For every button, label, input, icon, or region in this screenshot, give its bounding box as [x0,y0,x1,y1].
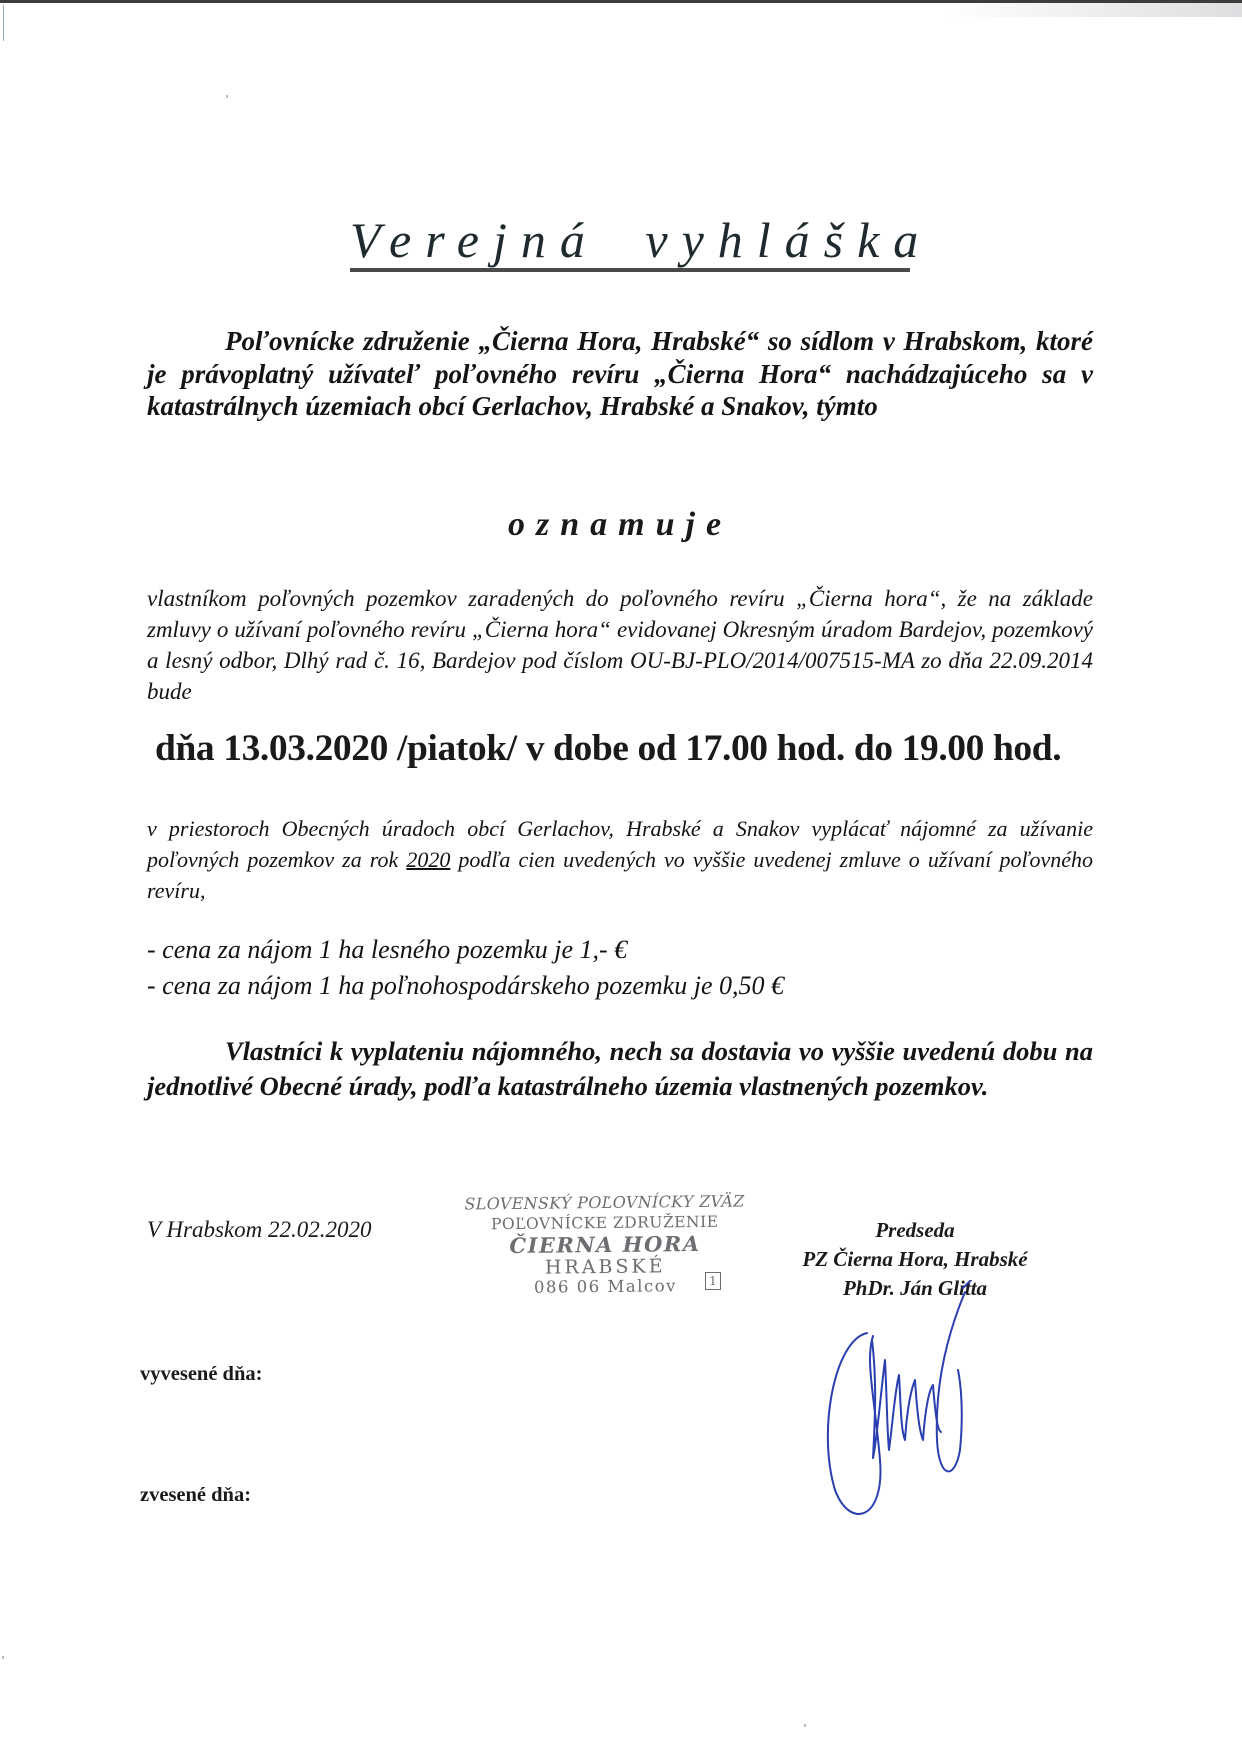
scan-speck [226,95,228,98]
stamp-line: ČIERNA HORA [455,1231,755,1258]
scan-speck [2,1656,4,1659]
price-item-forest: - cena za nájom 1 ha lesného pozemku je … [147,932,784,968]
handwritten-signature-icon [815,1280,1015,1530]
intro-text: Poľovnícke združenie „Čierna Hora, Hrabs… [147,326,1093,421]
announce-heading: oznamuje [508,506,732,544]
document-title: Verejná vyhláška [350,212,910,272]
closing-paragraph: Vlastníci k vyplateniu nájomného, nech s… [147,1034,1093,1104]
stamp-number-box: 1 [705,1272,721,1290]
closing-text: Vlastníci k vyplateniu nájomného, nech s… [147,1036,1093,1101]
posted-on-label: vyvesené dňa: [140,1363,262,1386]
price-list: - cena za nájom 1 ha lesného pozemku je … [147,932,784,1004]
signatory-organization: PZ Čierna Hora, Hrabské [770,1245,1060,1274]
scan-speck [804,1724,806,1727]
removed-on-label: zvesené dňa: [140,1484,251,1507]
payment-year: 2020 [406,847,450,872]
price-item-agricultural: - cena za nájom 1 ha poľnohospodárskeho … [147,968,784,1004]
scan-edge-line [3,5,4,41]
details-paragraph: vlastníkom poľovných pozemkov zaradených… [147,583,1093,707]
place-and-date: V Hrabskom 22.02.2020 [147,1217,371,1243]
payment-paragraph: v priestoroch Obecných úradoch obcí Gerl… [147,813,1093,906]
scan-shadow [942,3,1242,17]
event-date-line: dňa 13.03.2020 /piatok/ v dobe od 17.00 … [155,727,1061,770]
intro-paragraph: Poľovnícke združenie „Čierna Hora, Hrabs… [147,325,1093,423]
scanned-document-page: Verejná vyhláška Poľovnícke združenie „Č… [0,0,1242,1762]
signatory-role: Predseda [770,1216,1060,1245]
